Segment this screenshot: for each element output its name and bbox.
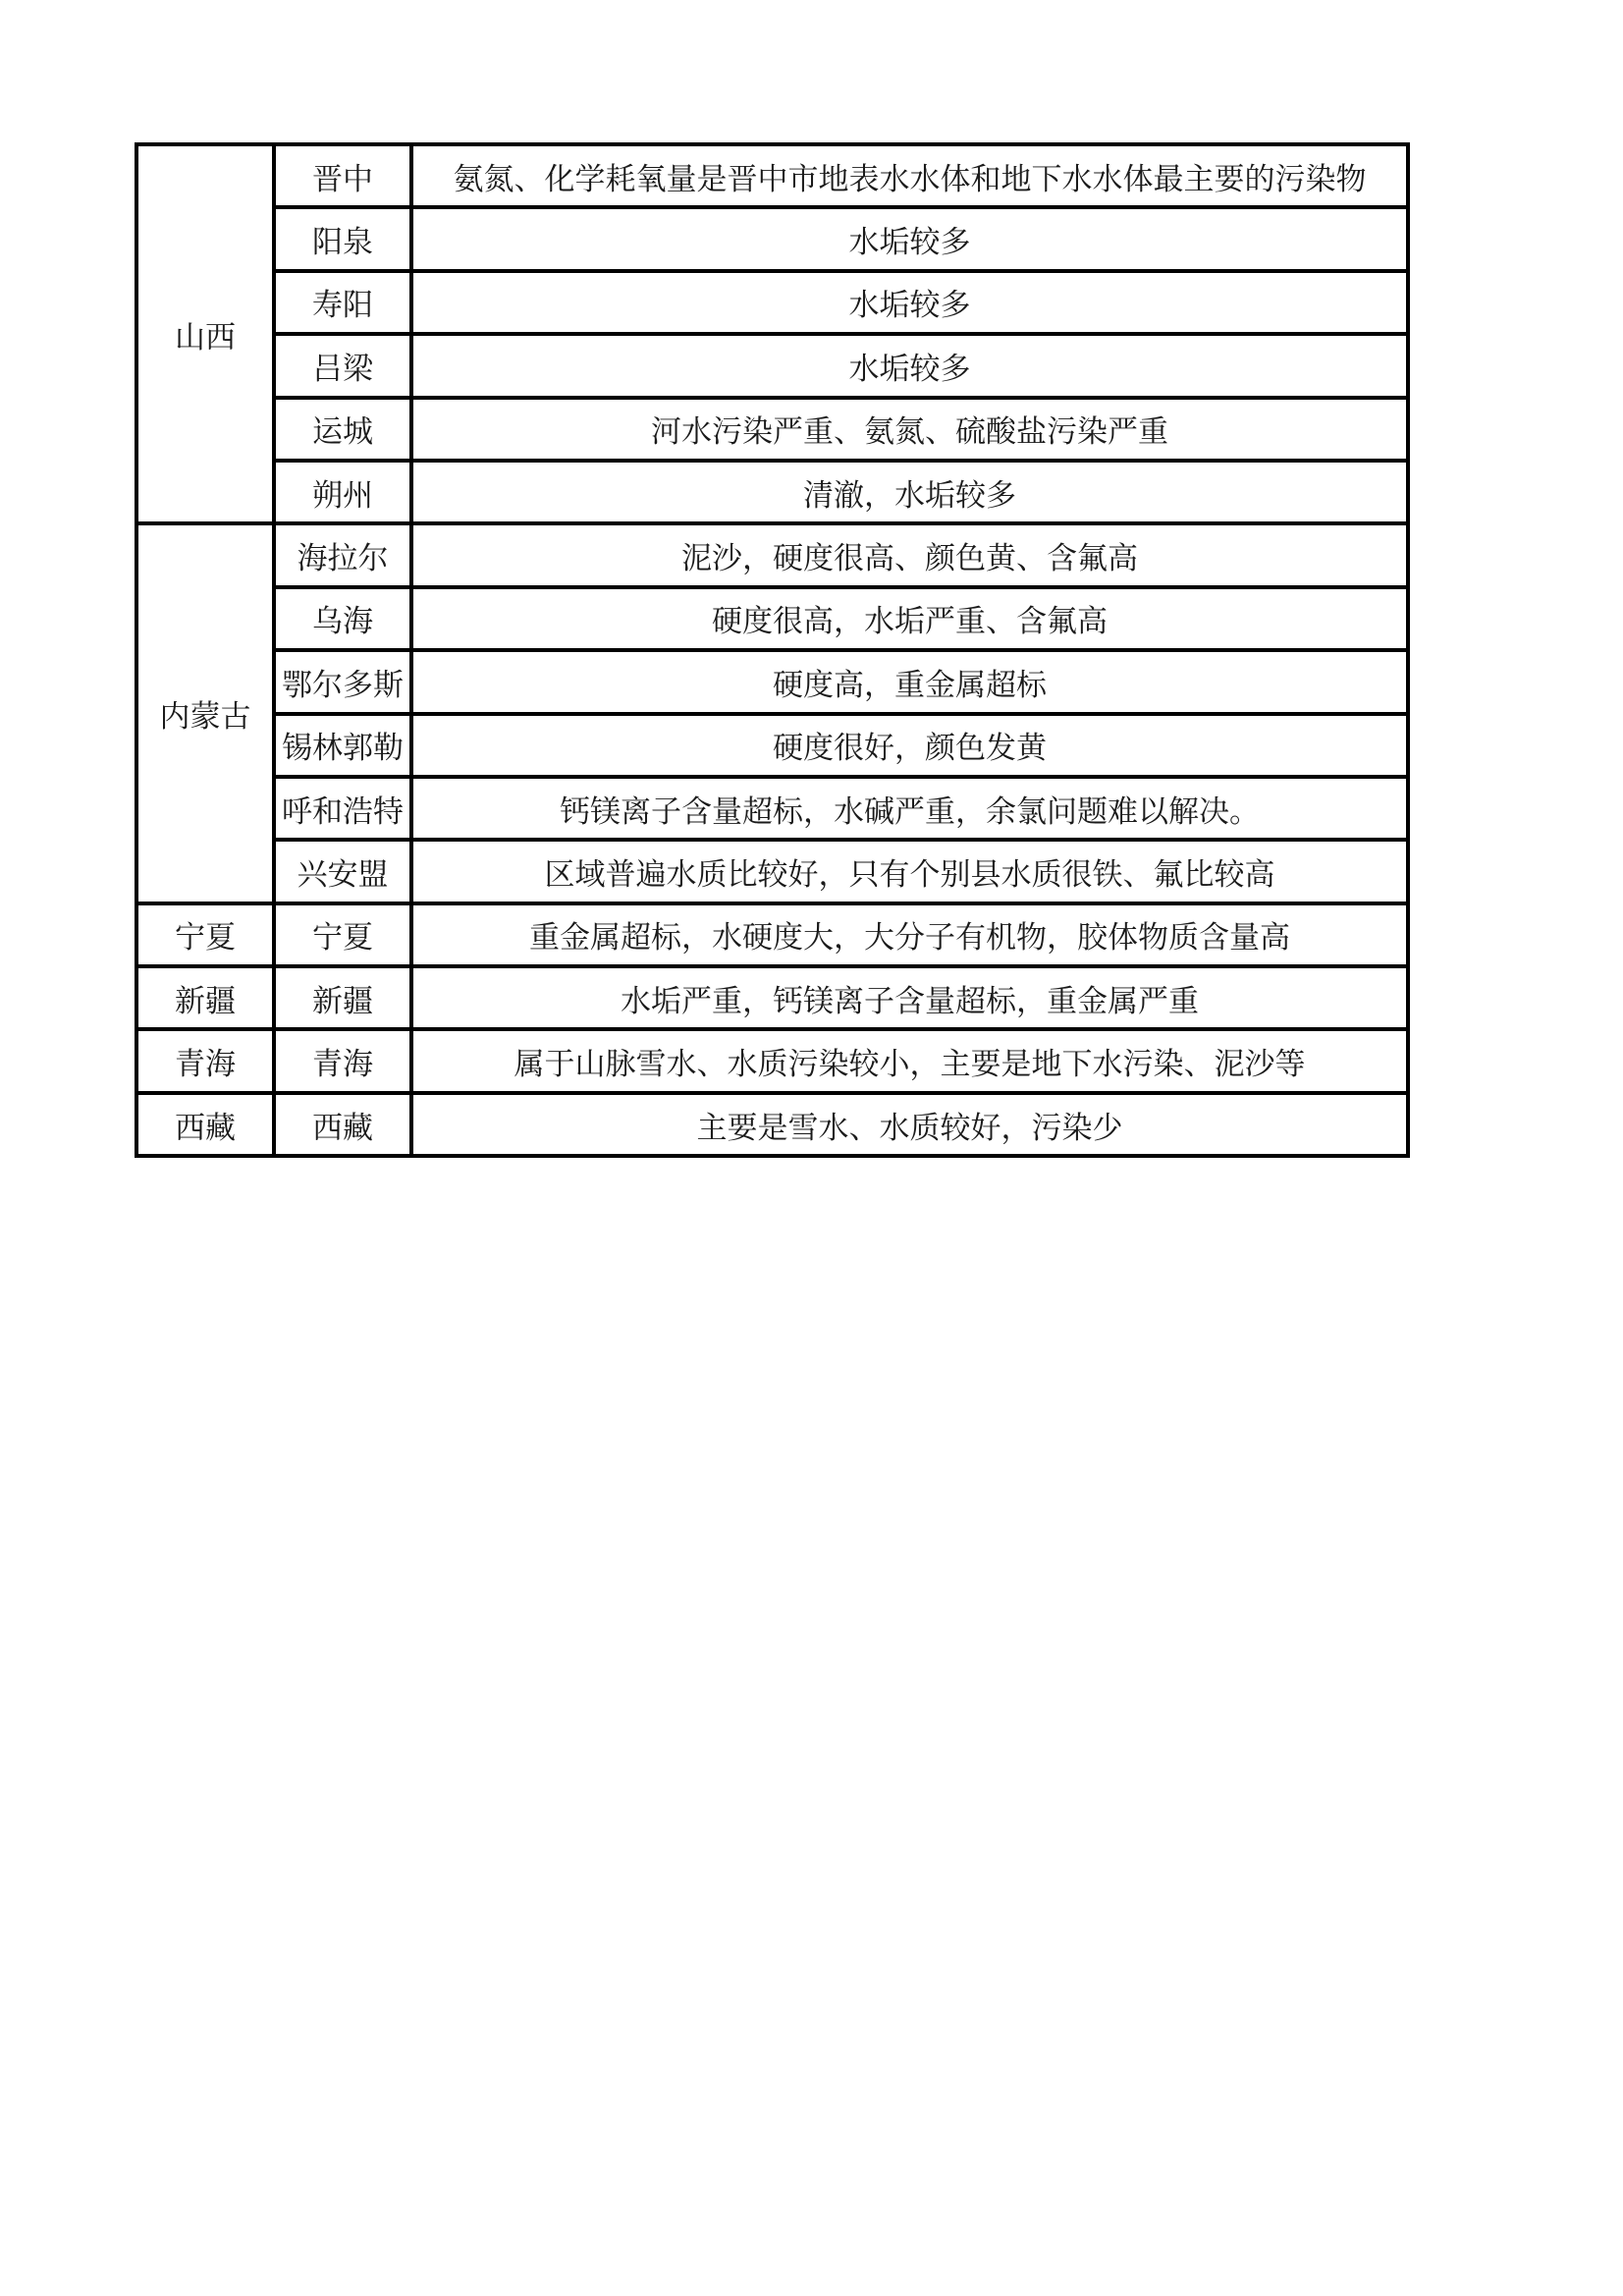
description-cell: 水垢较多 <box>411 207 1408 270</box>
description-cell: 水垢较多 <box>411 334 1408 397</box>
city-cell: 海拉尔 <box>274 523 411 586</box>
table-row: 鄂尔多斯 硬度高，重金属超标 <box>136 650 1408 713</box>
table-row: 内蒙古 海拉尔 泥沙，硬度很高、颜色黄、含氟高 <box>136 523 1408 586</box>
province-cell: 新疆 <box>136 966 274 1029</box>
city-cell: 鄂尔多斯 <box>274 650 411 713</box>
description-cell: 泥沙，硬度很高、颜色黄、含氟高 <box>411 523 1408 586</box>
table-row: 西藏 西藏 主要是雪水、水质较好，污染少 <box>136 1093 1408 1156</box>
city-cell: 青海 <box>274 1029 411 1092</box>
city-cell: 呼和浩特 <box>274 777 411 840</box>
city-cell: 晋中 <box>274 144 411 207</box>
table-row: 锡林郭勒 硬度很好，颜色发黄 <box>136 714 1408 777</box>
city-cell: 朔州 <box>274 461 411 523</box>
table-row: 山西 晋中 氨氮、化学耗氧量是晋中市地表水水体和地下水水体最主要的污染物 <box>136 144 1408 207</box>
description-cell: 属于山脉雪水、水质污染较小，主要是地下水污染、泥沙等 <box>411 1029 1408 1092</box>
table-row: 乌海 硬度很高，水垢严重、含氟高 <box>136 587 1408 650</box>
table-row: 阳泉 水垢较多 <box>136 207 1408 270</box>
description-cell: 区域普遍水质比较好，只有个别县水质很铁、氟比较高 <box>411 840 1408 902</box>
document-page: 山西 晋中 氨氮、化学耗氧量是晋中市地表水水体和地下水水体最主要的污染物 阳泉 … <box>0 0 1623 2296</box>
city-cell: 西藏 <box>274 1093 411 1156</box>
province-cell: 内蒙古 <box>136 523 274 902</box>
province-cell: 山西 <box>136 144 274 523</box>
table-row: 吕梁 水垢较多 <box>136 334 1408 397</box>
table-row: 运城 河水污染严重、氨氮、硫酸盐污染严重 <box>136 398 1408 461</box>
province-cell: 青海 <box>136 1029 274 1092</box>
city-cell: 吕梁 <box>274 334 411 397</box>
city-cell: 寿阳 <box>274 271 411 334</box>
description-cell: 硬度很好，颜色发黄 <box>411 714 1408 777</box>
description-cell: 水垢较多 <box>411 271 1408 334</box>
table-row: 寿阳 水垢较多 <box>136 271 1408 334</box>
table-row: 兴安盟 区域普遍水质比较好，只有个别县水质很铁、氟比较高 <box>136 840 1408 902</box>
province-cell: 宁夏 <box>136 903 274 966</box>
table-row: 新疆 新疆 水垢严重，钙镁离子含量超标，重金属严重 <box>136 966 1408 1029</box>
city-cell: 新疆 <box>274 966 411 1029</box>
table-row: 青海 青海 属于山脉雪水、水质污染较小，主要是地下水污染、泥沙等 <box>136 1029 1408 1092</box>
table-row: 宁夏 宁夏 重金属超标，水硬度大，大分子有机物，胶体物质含量高 <box>136 903 1408 966</box>
description-cell: 重金属超标，水硬度大，大分子有机物，胶体物质含量高 <box>411 903 1408 966</box>
description-cell: 水垢严重，钙镁离子含量超标，重金属严重 <box>411 966 1408 1029</box>
city-cell: 乌海 <box>274 587 411 650</box>
description-cell: 硬度很高，水垢严重、含氟高 <box>411 587 1408 650</box>
table-row: 朔州 清澈，水垢较多 <box>136 461 1408 523</box>
description-cell: 氨氮、化学耗氧量是晋中市地表水水体和地下水水体最主要的污染物 <box>411 144 1408 207</box>
city-cell: 锡林郭勒 <box>274 714 411 777</box>
city-cell: 运城 <box>274 398 411 461</box>
description-cell: 主要是雪水、水质较好，污染少 <box>411 1093 1408 1156</box>
description-cell: 钙镁离子含量超标，水碱严重，余氯问题难以解决。 <box>411 777 1408 840</box>
city-cell: 阳泉 <box>274 207 411 270</box>
description-cell: 硬度高，重金属超标 <box>411 650 1408 713</box>
description-cell: 清澈，水垢较多 <box>411 461 1408 523</box>
table-row: 呼和浩特 钙镁离子含量超标，水碱严重，余氯问题难以解决。 <box>136 777 1408 840</box>
province-cell: 西藏 <box>136 1093 274 1156</box>
description-cell: 河水污染严重、氨氮、硫酸盐污染严重 <box>411 398 1408 461</box>
water-quality-table: 山西 晋中 氨氮、化学耗氧量是晋中市地表水水体和地下水水体最主要的污染物 阳泉 … <box>135 142 1410 1158</box>
city-cell: 宁夏 <box>274 903 411 966</box>
city-cell: 兴安盟 <box>274 840 411 902</box>
